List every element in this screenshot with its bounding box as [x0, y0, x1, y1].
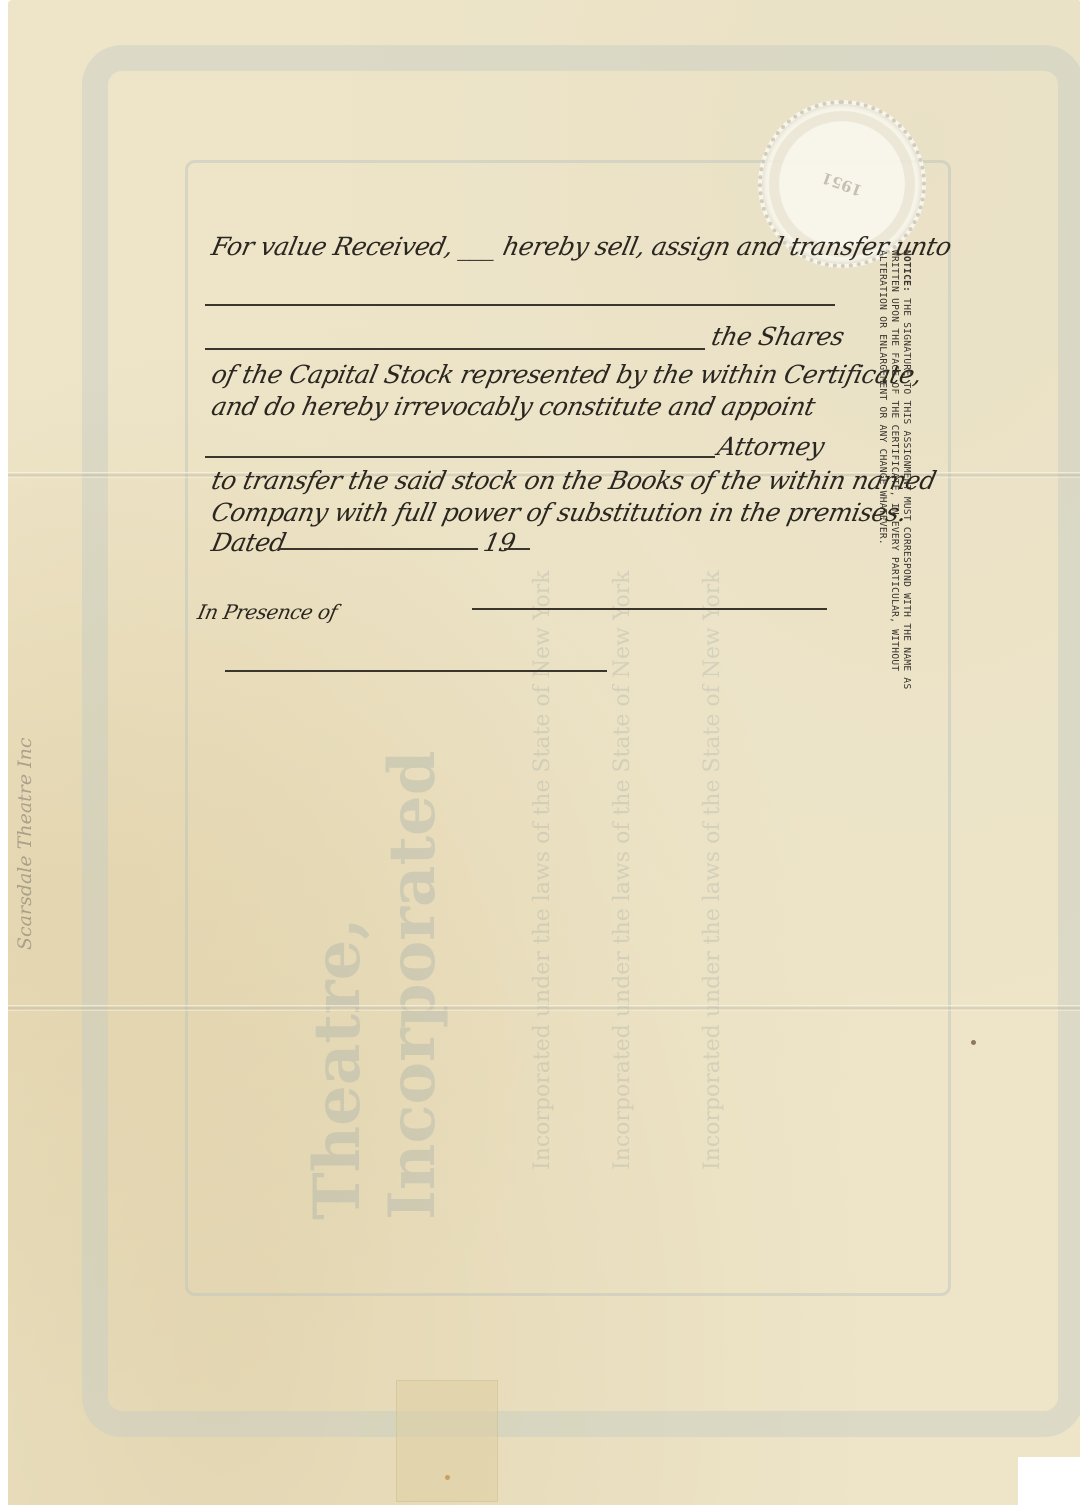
- pencil-annotation: Scarsdale Theatre Inc: [14, 660, 36, 950]
- assignee-name-line[interactable]: [205, 304, 835, 306]
- witness-signature-line[interactable]: [225, 670, 607, 672]
- show-through-title: Theatre, Incorporated: [300, 700, 420, 1220]
- assignment-line-1: For value Received, ___ hereby sell, ass…: [209, 232, 954, 261]
- foxing-spot: [971, 1040, 976, 1045]
- assignment-line-6: to transfer the said stock on the Books …: [209, 466, 939, 495]
- the-shares-label: the Shares: [709, 322, 847, 351]
- attorney-label: Attorney: [715, 432, 827, 461]
- tape-residue: [396, 1380, 498, 1502]
- assignment-line-3: of the Capital Stock represented by the …: [209, 360, 924, 389]
- dated-label: Dated: [209, 528, 288, 557]
- assignment-line-7: Company with full power of substitution …: [209, 498, 909, 527]
- signature-line[interactable]: [472, 608, 827, 610]
- notice-line-1: THE SIGNATURE TO THIS ASSIGNMENT MUST CO…: [901, 298, 912, 671]
- shares-count-line[interactable]: [205, 348, 705, 350]
- foxing-spot: [445, 1475, 450, 1480]
- assignment-line-4: and do hereby irrevocably constitute and…: [209, 392, 818, 421]
- in-presence-of-label: In Presence of: [195, 600, 339, 624]
- fold-crease: [8, 1005, 1080, 1011]
- attorney-name-line[interactable]: [205, 456, 715, 458]
- date-line[interactable]: [278, 548, 478, 550]
- signature-notice: NOTICE: THE SIGNATURE TO THIS ASSIGNMENT…: [848, 250, 912, 700]
- year-prefix: 19: [481, 528, 518, 557]
- notice-heading: NOTICE:: [901, 250, 912, 292]
- year-line[interactable]: [504, 548, 530, 550]
